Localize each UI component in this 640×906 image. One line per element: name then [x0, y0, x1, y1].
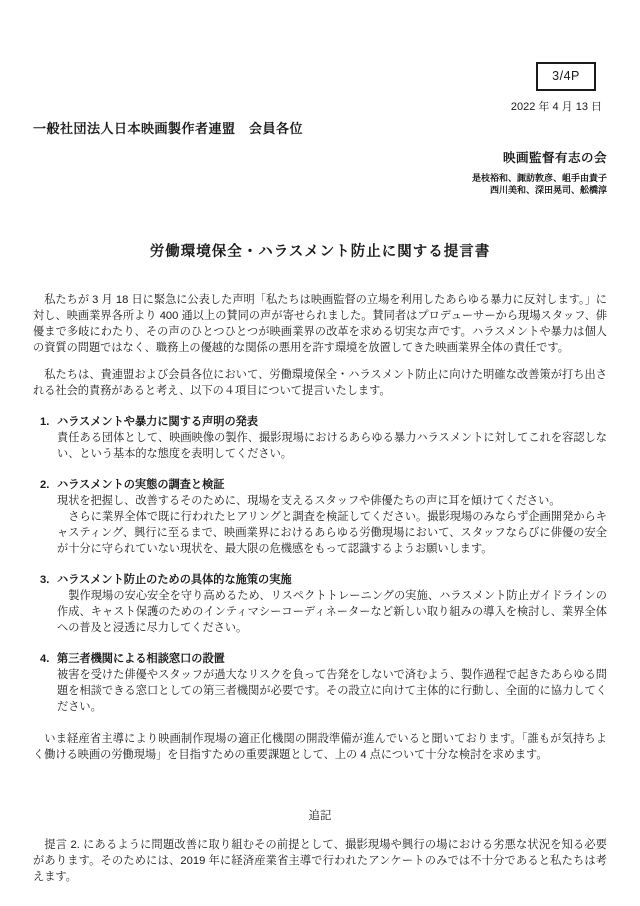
proposal-3-paragraph: 製作現場の安心安全を守り高めるため、リスペクトトレーニングの実施、ハラスメント防… — [57, 588, 607, 636]
sender-members-line2: 西川美和、深田晃司、舩橋淳 — [33, 185, 607, 197]
intro-paragraph-1: 私たちが 3 月 18 日に緊急に公表した声明「私たちは映画監督の立場を利用した… — [33, 292, 607, 356]
page-marker-row: 3/4P — [33, 0, 607, 91]
proposal-item-4: 4. 第三者機関による相談窓口の設置 被害を受けた俳優やスタッフが過大なリスクを… — [33, 651, 607, 715]
sender-group-name: 映画監督有志の会 — [33, 148, 607, 166]
intro-paragraph-2: 私たちは、貴連盟および会員各位において、労働環境保全・ハラスメント防止に向けた明… — [33, 367, 607, 399]
sender-members: 是枝裕和、諏訪敦彦、岨手由貴子 西川美和、深田晃司、舩橋淳 — [33, 173, 607, 196]
proposal-item-1: 1. ハラスメントや暴力に関する声明の発表 責任ある団体として、映画映像の製作、… — [33, 414, 607, 462]
recipient-line: 一般社団法人日本映画製作者連盟 会員各位 — [33, 118, 607, 137]
proposal-2-heading: ハラスメントの実態の調査と検証 — [57, 477, 607, 493]
proposal-2-paragraph-1: 現状を把握し、改善するそのために、現場を支えるスタッフや俳優たちの声に耳を傾けて… — [57, 493, 607, 509]
postscript-paragraph: 提言 2. にあるように問題改善に取り組むその前提として、撮影現場や興行の場にお… — [33, 837, 607, 885]
proposal-2-paragraph-2: さらに業界全体で既に行われたヒアリングと調査を検証してください。撮影現場のみなら… — [57, 509, 607, 557]
closing-paragraph: いま経産省主導により映画制作現場の適正化機関の開設準備が進んでいると聞いておりま… — [33, 731, 607, 763]
document-title: 労働環境保全・ハラスメント防止に関する提言書 — [33, 240, 607, 261]
page-number-box: 3/4P — [536, 62, 596, 91]
proposal-1-paragraph: 責任ある団体として、映画映像の製作、撮影現場におけるあらゆる暴力ハラスメントに対… — [57, 430, 607, 462]
proposal-list: 1. ハラスメントや暴力に関する声明の発表 責任ある団体として、映画映像の製作、… — [33, 414, 607, 715]
proposal-3-number: 3. — [40, 572, 57, 636]
proposal-1-number: 1. — [40, 414, 57, 462]
postscript-heading: 追記 — [33, 807, 607, 823]
sender-members-line1: 是枝裕和、諏訪敦彦、岨手由貴子 — [33, 173, 607, 185]
proposal-item-3: 3. ハラスメント防止のための具体的な施策の実施 製作現場の安心安全を守り高める… — [33, 572, 607, 636]
proposal-4-paragraph: 被害を受けた俳優やスタッフが過大なリスクを負って告発をしないで済むよう、製作過程… — [57, 667, 607, 715]
proposal-4-number: 4. — [40, 651, 57, 715]
proposal-4-heading: 第三者機関による相談窓口の設置 — [57, 651, 607, 667]
proposal-2-number: 2. — [40, 477, 57, 557]
document-page: 3/4P 2022 年 4 月 13 日 一般社団法人日本映画製作者連盟 会員各… — [0, 0, 640, 906]
proposal-item-2: 2. ハラスメントの実態の調査と検証 現状を把握し、改善するそのために、現場を支… — [33, 477, 607, 557]
proposal-3-heading: ハラスメント防止のための具体的な施策の実施 — [57, 572, 607, 588]
document-date: 2022 年 4 月 13 日 — [33, 98, 607, 114]
proposal-1-heading: ハラスメントや暴力に関する声明の発表 — [57, 414, 607, 430]
